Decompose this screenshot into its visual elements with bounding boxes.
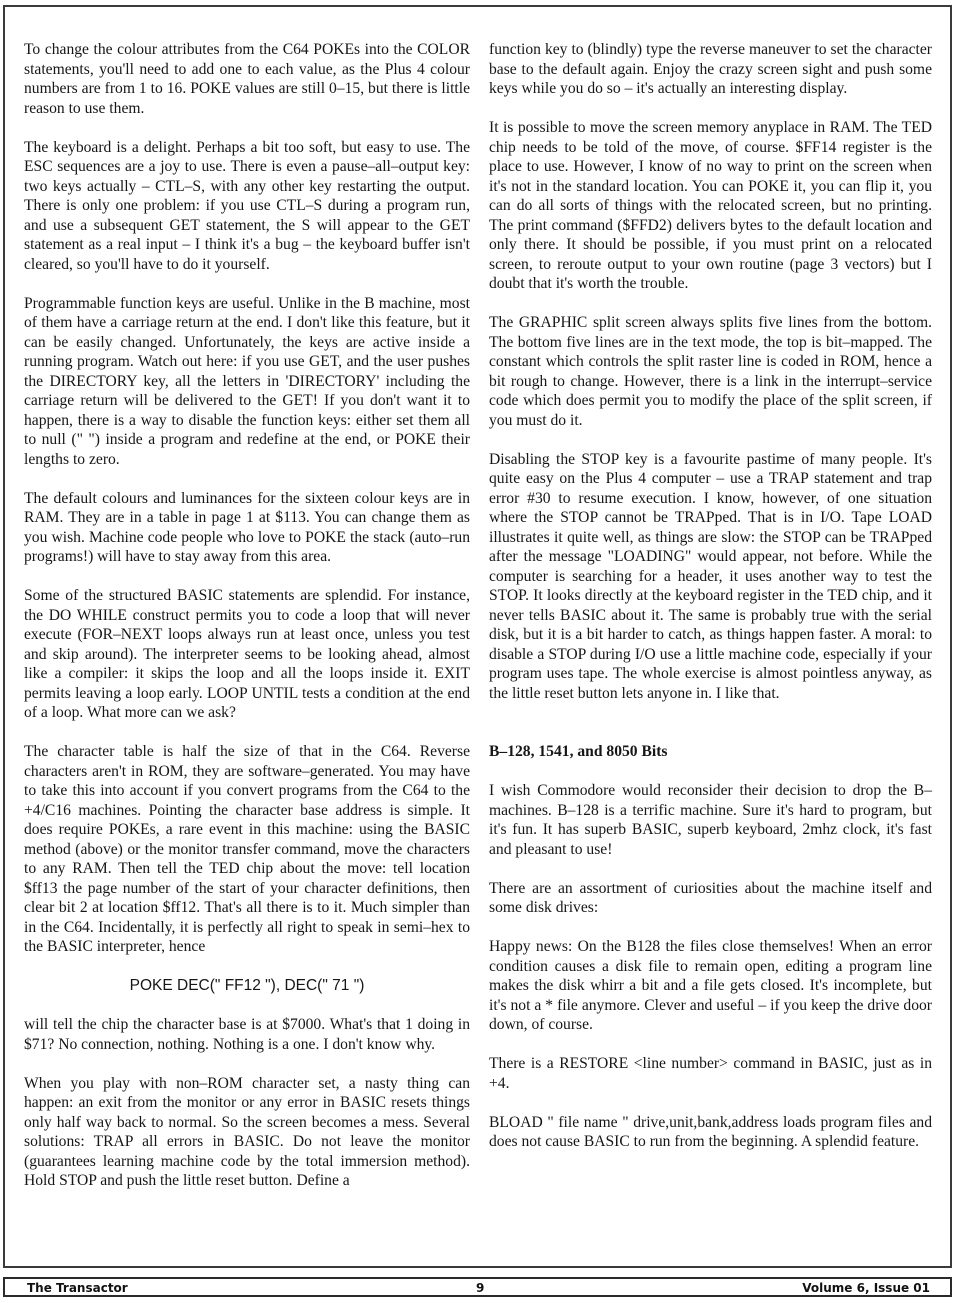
paragraph-colour-attributes: To change the colour attributes from the… bbox=[24, 40, 470, 118]
paragraph-stop-key: Disabling the STOP key is a favourite pa… bbox=[489, 450, 932, 704]
footer-page-number: 9 bbox=[476, 1280, 484, 1296]
paragraph-keyboard: The keyboard is a delight. Perhaps a bit… bbox=[24, 138, 470, 275]
code-example: POKE DEC(" FF12 "), DEC(" 71 ") bbox=[24, 976, 470, 996]
paragraph-bload: BLOAD " file name " drive,unit,bank,addr… bbox=[489, 1113, 932, 1152]
paragraph-screen-memory: It is possible to move the screen memory… bbox=[489, 118, 932, 294]
paragraph-curiosities: There are an assortment of curiosities a… bbox=[489, 879, 932, 918]
footer-publication: The Transactor bbox=[27, 1280, 128, 1296]
paragraph-default-colours: The default colours and luminances for t… bbox=[24, 489, 470, 567]
paragraph-function-keys: Programmable function keys are useful. U… bbox=[24, 294, 470, 470]
paragraph-restore: There is a RESTORE <line number> command… bbox=[489, 1054, 932, 1093]
paragraph-happy-news: Happy news: On the B128 the files close … bbox=[489, 937, 932, 1035]
right-column: function key to (blindly) type the rever… bbox=[489, 40, 932, 1171]
paragraph-character-base: will tell the chip the character base is… bbox=[24, 1015, 470, 1054]
spacer bbox=[489, 723, 932, 743]
paragraph-graphic-split: The GRAPHIC split screen always splits f… bbox=[489, 313, 932, 430]
paragraph-b-machines: I wish Commodore would reconsider their … bbox=[489, 781, 932, 859]
paragraph-function-key-continued: function key to (blindly) type the rever… bbox=[489, 40, 932, 99]
paragraph-character-table: The character table is half the size of … bbox=[24, 742, 470, 957]
footer-issue: Volume 6, Issue 01 bbox=[802, 1280, 930, 1296]
paragraph-structured-basic: Some of the structured BASIC statements … bbox=[24, 586, 470, 723]
page-footer: The Transactor 9 Volume 6, Issue 01 bbox=[3, 1277, 952, 1297]
paragraph-non-rom-charset: When you play with non–ROM character set… bbox=[24, 1074, 470, 1191]
left-column: To change the colour attributes from the… bbox=[24, 40, 470, 1210]
section-heading: B–128, 1541, and 8050 Bits bbox=[489, 742, 932, 762]
